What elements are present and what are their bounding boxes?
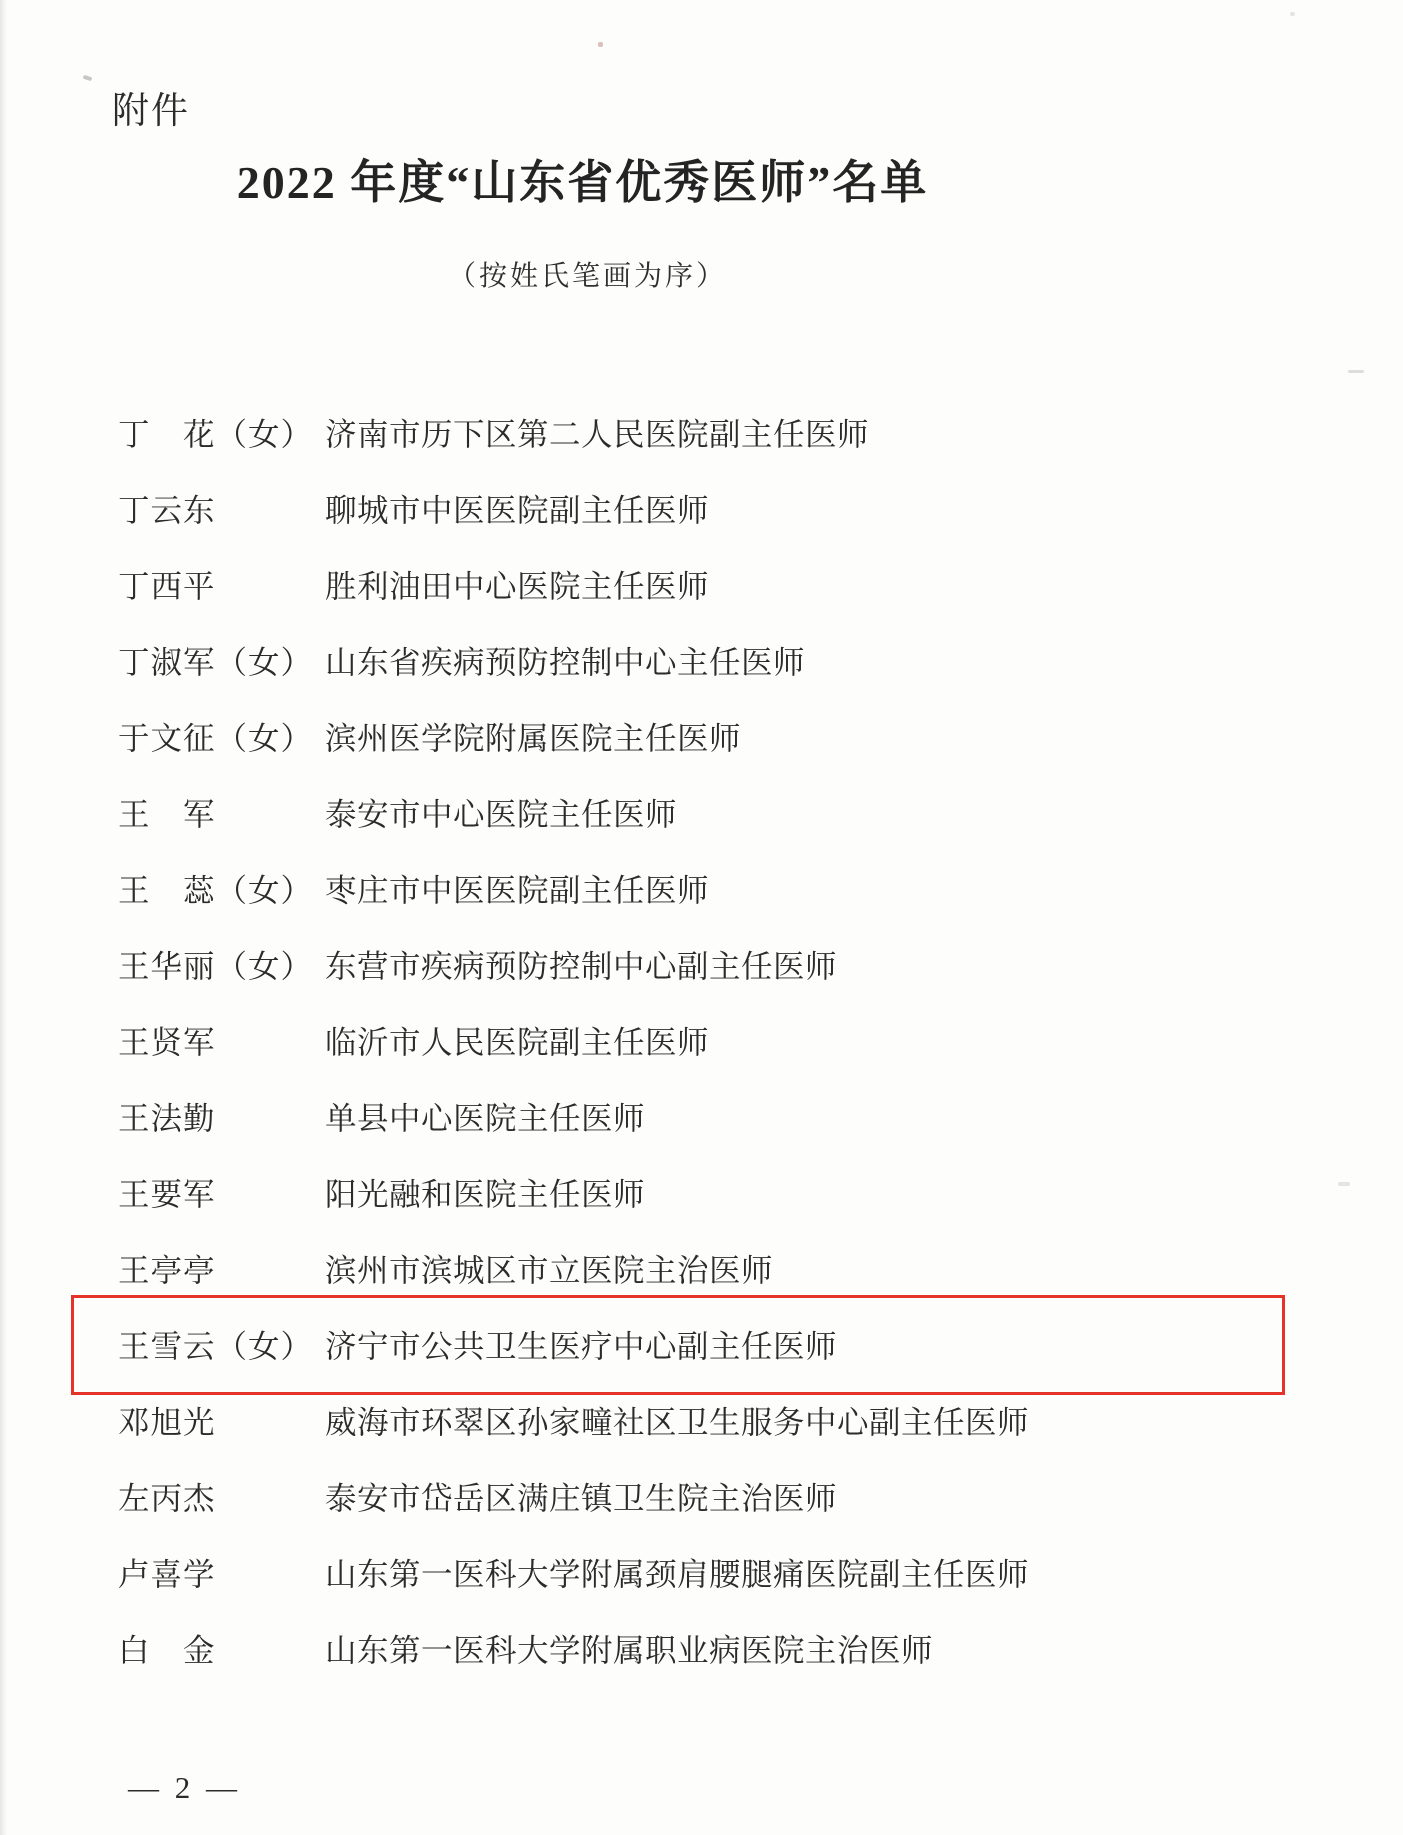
physician-name: 丁淑军（女） [118,643,313,683]
list-item: 卢喜学 山东第一医科大学附属颈肩腰腿痛医院副主任医师 [0,1555,1403,1597]
list-item: 丁 花（女） 济南市历下区第二人民医院副主任医师 [0,415,1403,457]
physician-name: 丁西平 [118,567,216,607]
list-item: 王华丽（女） 东营市疾病预防控制中心副主任医师 [0,947,1403,989]
list-item: 王要军 阳光融和医院主任医师 [0,1175,1403,1217]
list-item: 邓旭光 威海市环翠区孙家疃社区卫生服务中心副主任医师 [0,1403,1403,1445]
physician-name: 白 金 [118,1631,216,1671]
physician-affiliation: 滨州医学院附属医院主任医师 [325,719,741,759]
physician-affiliation: 山东第一医科大学附属颈肩腰腿痛医院副主任医师 [325,1555,1029,1595]
list-item: 丁云东 聊城市中医医院副主任医师 [0,491,1403,533]
list-item: 于文征（女） 滨州医学院附属医院主任医师 [0,719,1403,761]
attachment-label: 附件 [112,80,190,134]
list-item: 王亭亭 滨州市滨城区市立医院主治医师 [0,1251,1403,1293]
page-subtitle: （按姓氏笔画为序） [0,254,1175,294]
physician-name: 王 军 [118,795,216,835]
list-item: 王法勤 单县中心医院主任医师 [0,1099,1403,1141]
physician-affiliation: 临沂市人民医院副主任医师 [325,1023,709,1063]
physician-affiliation: 阳光融和医院主任医师 [325,1175,645,1215]
physician-name: 王 蕊（女） [118,871,313,911]
list-item: 丁淑军（女） 山东省疾病预防控制中心主任医师 [0,643,1403,685]
physician-affiliation: 东营市疾病预防控制中心副主任医师 [325,947,837,987]
scan-speck [598,42,603,47]
scan-speck [1348,370,1364,373]
physician-name: 王法勤 [118,1099,216,1139]
physician-affiliation: 山东第一医科大学附属职业病医院主治医师 [325,1631,933,1671]
physician-name: 于文征（女） [118,719,313,759]
physician-affiliation: 滨州市滨城区市立医院主治医师 [325,1251,773,1291]
physician-affiliation: 济南市历下区第二人民医院副主任医师 [325,415,869,455]
physician-affiliation: 单县中心医院主任医师 [325,1099,645,1139]
physician-name: 邓旭光 [118,1403,216,1443]
physician-affiliation: 山东省疾病预防控制中心主任医师 [325,643,805,683]
physician-name: 王华丽（女） [118,947,313,987]
physician-affiliation: 泰安市中心医院主任医师 [325,795,677,835]
physician-affiliation: 胜利油田中心医院主任医师 [325,567,709,607]
red-highlight-box [71,1295,1285,1395]
list-item: 白 金 山东第一医科大学附属职业病医院主治医师 [0,1631,1403,1673]
physician-affiliation: 威海市环翠区孙家疃社区卫生服务中心副主任医师 [325,1403,1029,1443]
physician-name: 丁云东 [118,491,216,531]
list-item: 丁西平 胜利油田中心医院主任医师 [0,567,1403,609]
physician-name: 王要军 [118,1175,216,1215]
document-page: 附件 2022 年度“山东省优秀医师”名单 （按姓氏笔画为序） 丁 花（女） 济… [0,0,1403,1835]
physician-name: 王亭亭 [118,1251,216,1291]
physician-affiliation: 枣庄市中医医院副主任医师 [325,871,709,911]
list-item: 左丙杰 泰安市岱岳区满庄镇卫生院主治医师 [0,1479,1403,1521]
list-item: 王贤军 临沂市人民医院副主任医师 [0,1023,1403,1065]
scan-speck [83,75,93,82]
physician-name: 丁 花（女） [118,415,313,455]
page-number: — 2 — [128,1770,241,1806]
physician-affiliation: 聊城市中医医院副主任医师 [325,491,709,531]
list-item: 王 军 泰安市中心医院主任医师 [0,795,1403,837]
physician-name: 左丙杰 [118,1479,216,1519]
physician-name: 卢喜学 [118,1555,216,1595]
page-title: 2022 年度“山东省优秀医师”名单 [0,146,1165,212]
physician-affiliation: 泰安市岱岳区满庄镇卫生院主治医师 [325,1479,837,1519]
physician-name: 王贤军 [118,1023,216,1063]
scan-speck [1290,12,1295,16]
list-item: 王 蕊（女） 枣庄市中医医院副主任医师 [0,871,1403,913]
